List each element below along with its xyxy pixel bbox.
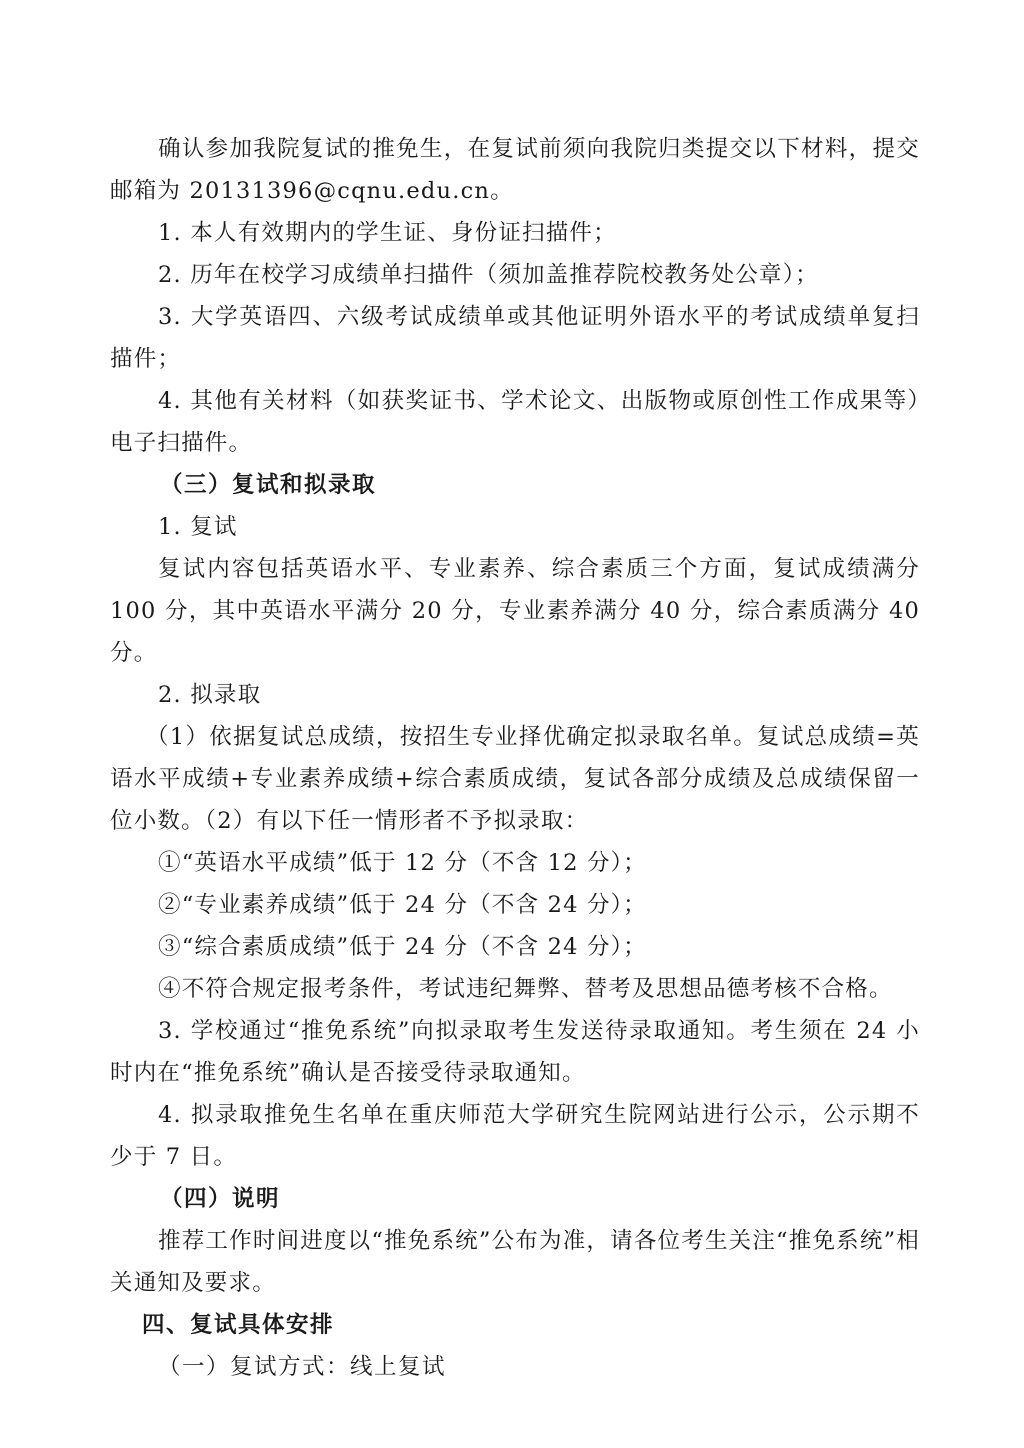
subsection-title-retest: 1. 复试	[110, 506, 920, 548]
document-page: 确认参加我院复试的推免生，在复试前须向我院归类提交以下材料，提交邮箱为 2013…	[110, 128, 920, 1388]
material-item-3: 3. 大学英语四、六级考试成绩单或其他证明外语水平的考试成绩单复扫描件；	[110, 296, 920, 380]
material-item-4: 4. 其他有关材料（如获奖证书、学术论文、出版物或原创性工作成果等）电子扫描件。	[110, 380, 920, 464]
section-heading-notes: （四）说明	[110, 1178, 920, 1220]
material-item-2: 2. 历年在校学习成绩单扫描件（须加盖推荐院校教务处公章）；	[110, 254, 920, 296]
condition-item-2: ②“专业素养成绩”低于 24 分（不含 24 分）；	[110, 884, 920, 926]
retest-content-paragraph: 复试内容包括英语水平、专业素养、综合素质三个方面，复试成绩满分 100 分，其中…	[110, 548, 920, 674]
notes-paragraph: 推荐工作时间进度以“推免系统”公布为准，请各位考生关注“推免系统”相关通知及要求…	[110, 1220, 920, 1304]
condition-item-4: ④不符合规定报考条件，考试违纪舞弊、替考及思想品德考核不合格。	[110, 968, 920, 1010]
section-heading-retest-admission: （三）复试和拟录取	[110, 464, 920, 506]
admission-rule-paragraph: （1）依据复试总成绩，按招生专业择优确定拟录取名单。复试总成绩=英语水平成绩+专…	[110, 716, 920, 842]
retest-method-line: （一）复试方式：线上复试	[110, 1346, 920, 1388]
intro-paragraph: 确认参加我院复试的推免生，在复试前须向我院归类提交以下材料，提交邮箱为 2013…	[110, 128, 920, 212]
publicity-paragraph: 4. 拟录取推免生名单在重庆师范大学研究生院网站进行公示，公示期不少于 7 日。	[110, 1094, 920, 1178]
condition-item-3: ③“综合素质成绩”低于 24 分（不含 24 分）；	[110, 926, 920, 968]
condition-item-1: ①“英语水平成绩”低于 12 分（不含 12 分）；	[110, 842, 920, 884]
material-item-1: 1. 本人有效期内的学生证、身份证扫描件；	[110, 212, 920, 254]
subsection-title-admission: 2. 拟录取	[110, 674, 920, 716]
notification-paragraph: 3. 学校通过“推免系统”向拟录取考生发送待录取通知。考生须在 24 小时内在“…	[110, 1010, 920, 1094]
part-heading-retest-arrangement: 四、复试具体安排	[110, 1304, 920, 1346]
